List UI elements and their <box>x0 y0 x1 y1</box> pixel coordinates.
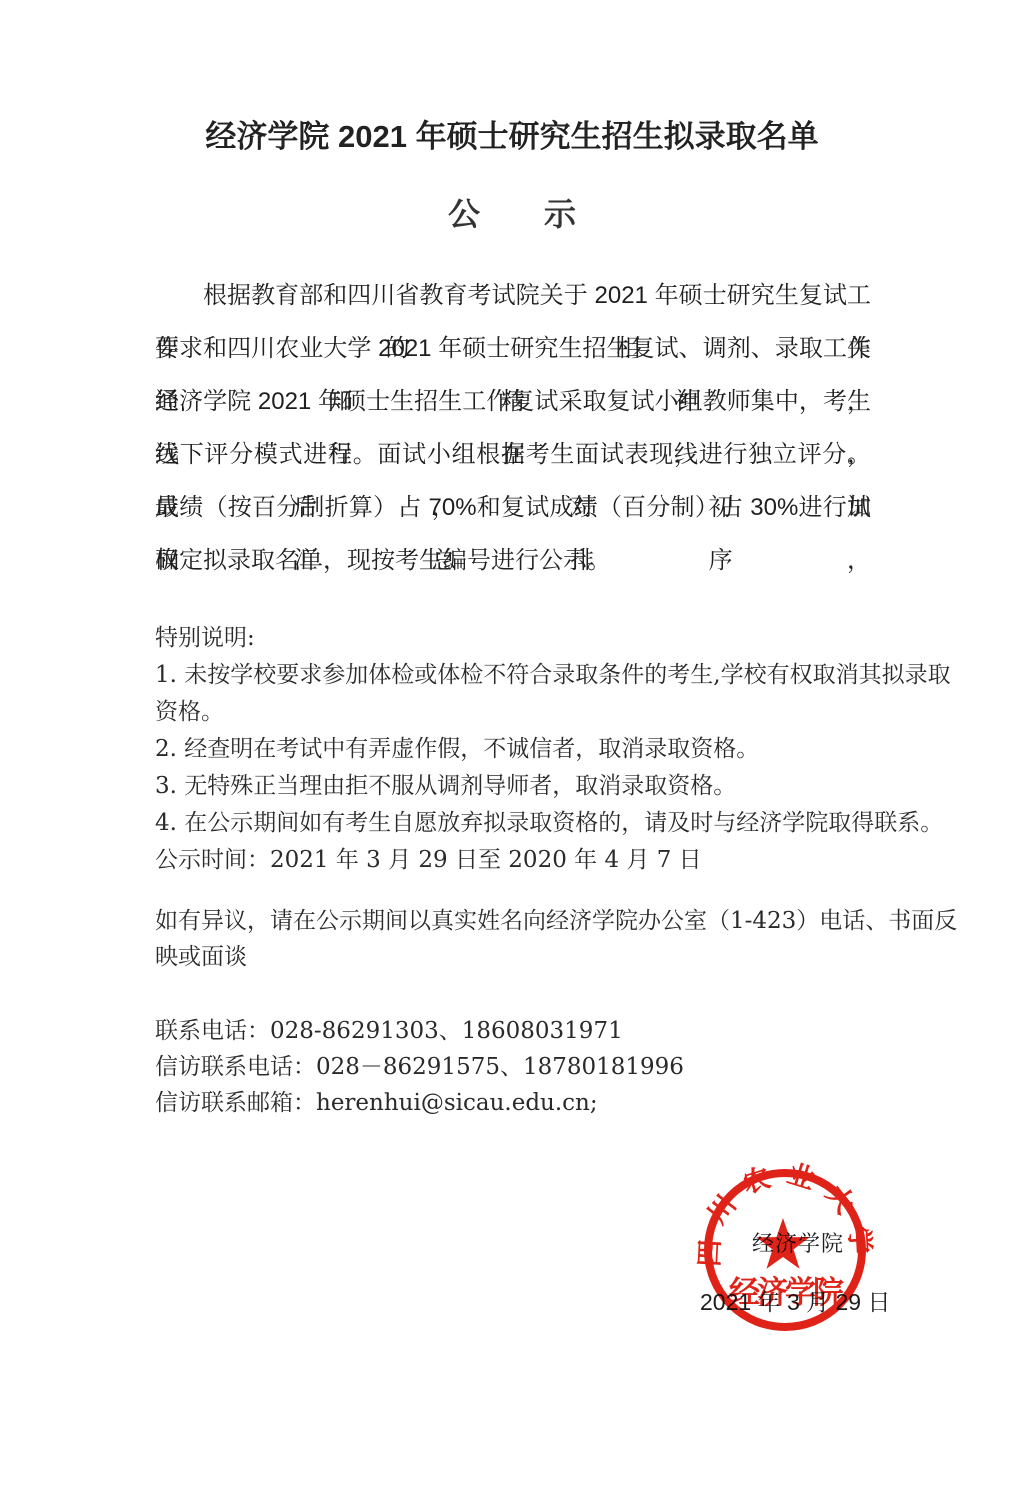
intro-line: 根据教育部和四川省教育考试院关于 2021 年硕士研究生复试工作的相关 <box>155 269 871 322</box>
note-line: 4. 在公示期间如有考生自愿放弃拟录取资格的，请及时与经济学院取得联系。 <box>155 805 875 842</box>
note-line: 2. 经查明在考试中有弄虚作假，不诚信者，取消录取资格。 <box>155 731 875 768</box>
document-page: 经济学院 2021 年硕士研究生招生拟录取名单 公 示 根据教育部和四川省教育考… <box>0 0 1024 1488</box>
signature-date: 2021 年 3 月 29 日 <box>700 1284 891 1317</box>
contact-info: 联系电话：028-86291303、18608031971 信访联系电话：028… <box>155 1013 875 1121</box>
publicity-period-line: 公示时间：2021 年 3 月 29 日至 2020 年 4 月 7 日 <box>155 842 875 879</box>
objection-line: 映或面谈 <box>155 939 875 975</box>
intro-line: 成绩（按百分制折算）占 70%和复试成绩（百分制）占 30%进行加权汇总排序， <box>155 481 871 534</box>
objection-line: 如有异议，请在公示期间以真实姓名向经济学院办公室（1-423）电话、书面反 <box>155 903 875 939</box>
petition-email-line: 信访联系邮箱：herenhui@sicau.edu.cn; <box>155 1085 875 1121</box>
intro-line: 经济学院 2021 年硕士生招生工作复试采取复试小组教师集中，考生远程在线， <box>155 375 871 428</box>
intro-line: 要求和四川农业大学 2021 年硕士研究生招生复试、调剂、录取工作通知精神， <box>155 322 871 375</box>
note-line: 资格。 <box>155 694 875 731</box>
contact-phone-line: 联系电话：028-86291303、18608031971 <box>155 1013 875 1049</box>
petition-phone-line: 信访联系电话：028－86291575、18780181996 <box>155 1049 875 1085</box>
page-title: 经济学院 2021 年硕士研究生招生拟录取名单 <box>0 0 1024 155</box>
intro-paragraph: 根据教育部和四川省教育考试院关于 2021 年硕士研究生复试工作的相关 要求和四… <box>155 269 871 587</box>
note-line: 3. 无特殊正当理由拒不服从调剂导师者，取消录取资格。 <box>155 768 875 805</box>
note-line: 1. 未按学校要求参加体检或体检不符合录取条件的考生,学校有权取消其拟录取 <box>155 657 875 694</box>
special-notes: 特别说明: 1. 未按学校要求参加体检或体检不符合录取条件的考生,学校有权取消其… <box>155 620 875 879</box>
subtitle: 公 示 <box>0 197 1024 231</box>
objection-paragraph: 如有异议，请在公示期间以真实姓名向经济学院办公室（1-423）电话、书面反 映或… <box>155 903 875 975</box>
signature-department: 经济学院 <box>752 1227 844 1258</box>
special-notes-heading: 特别说明: <box>155 620 875 657</box>
intro-line: 线下评分模式进行。面试小组根据考生面试表现，进行独立评分。最后，对初试 <box>155 428 871 481</box>
